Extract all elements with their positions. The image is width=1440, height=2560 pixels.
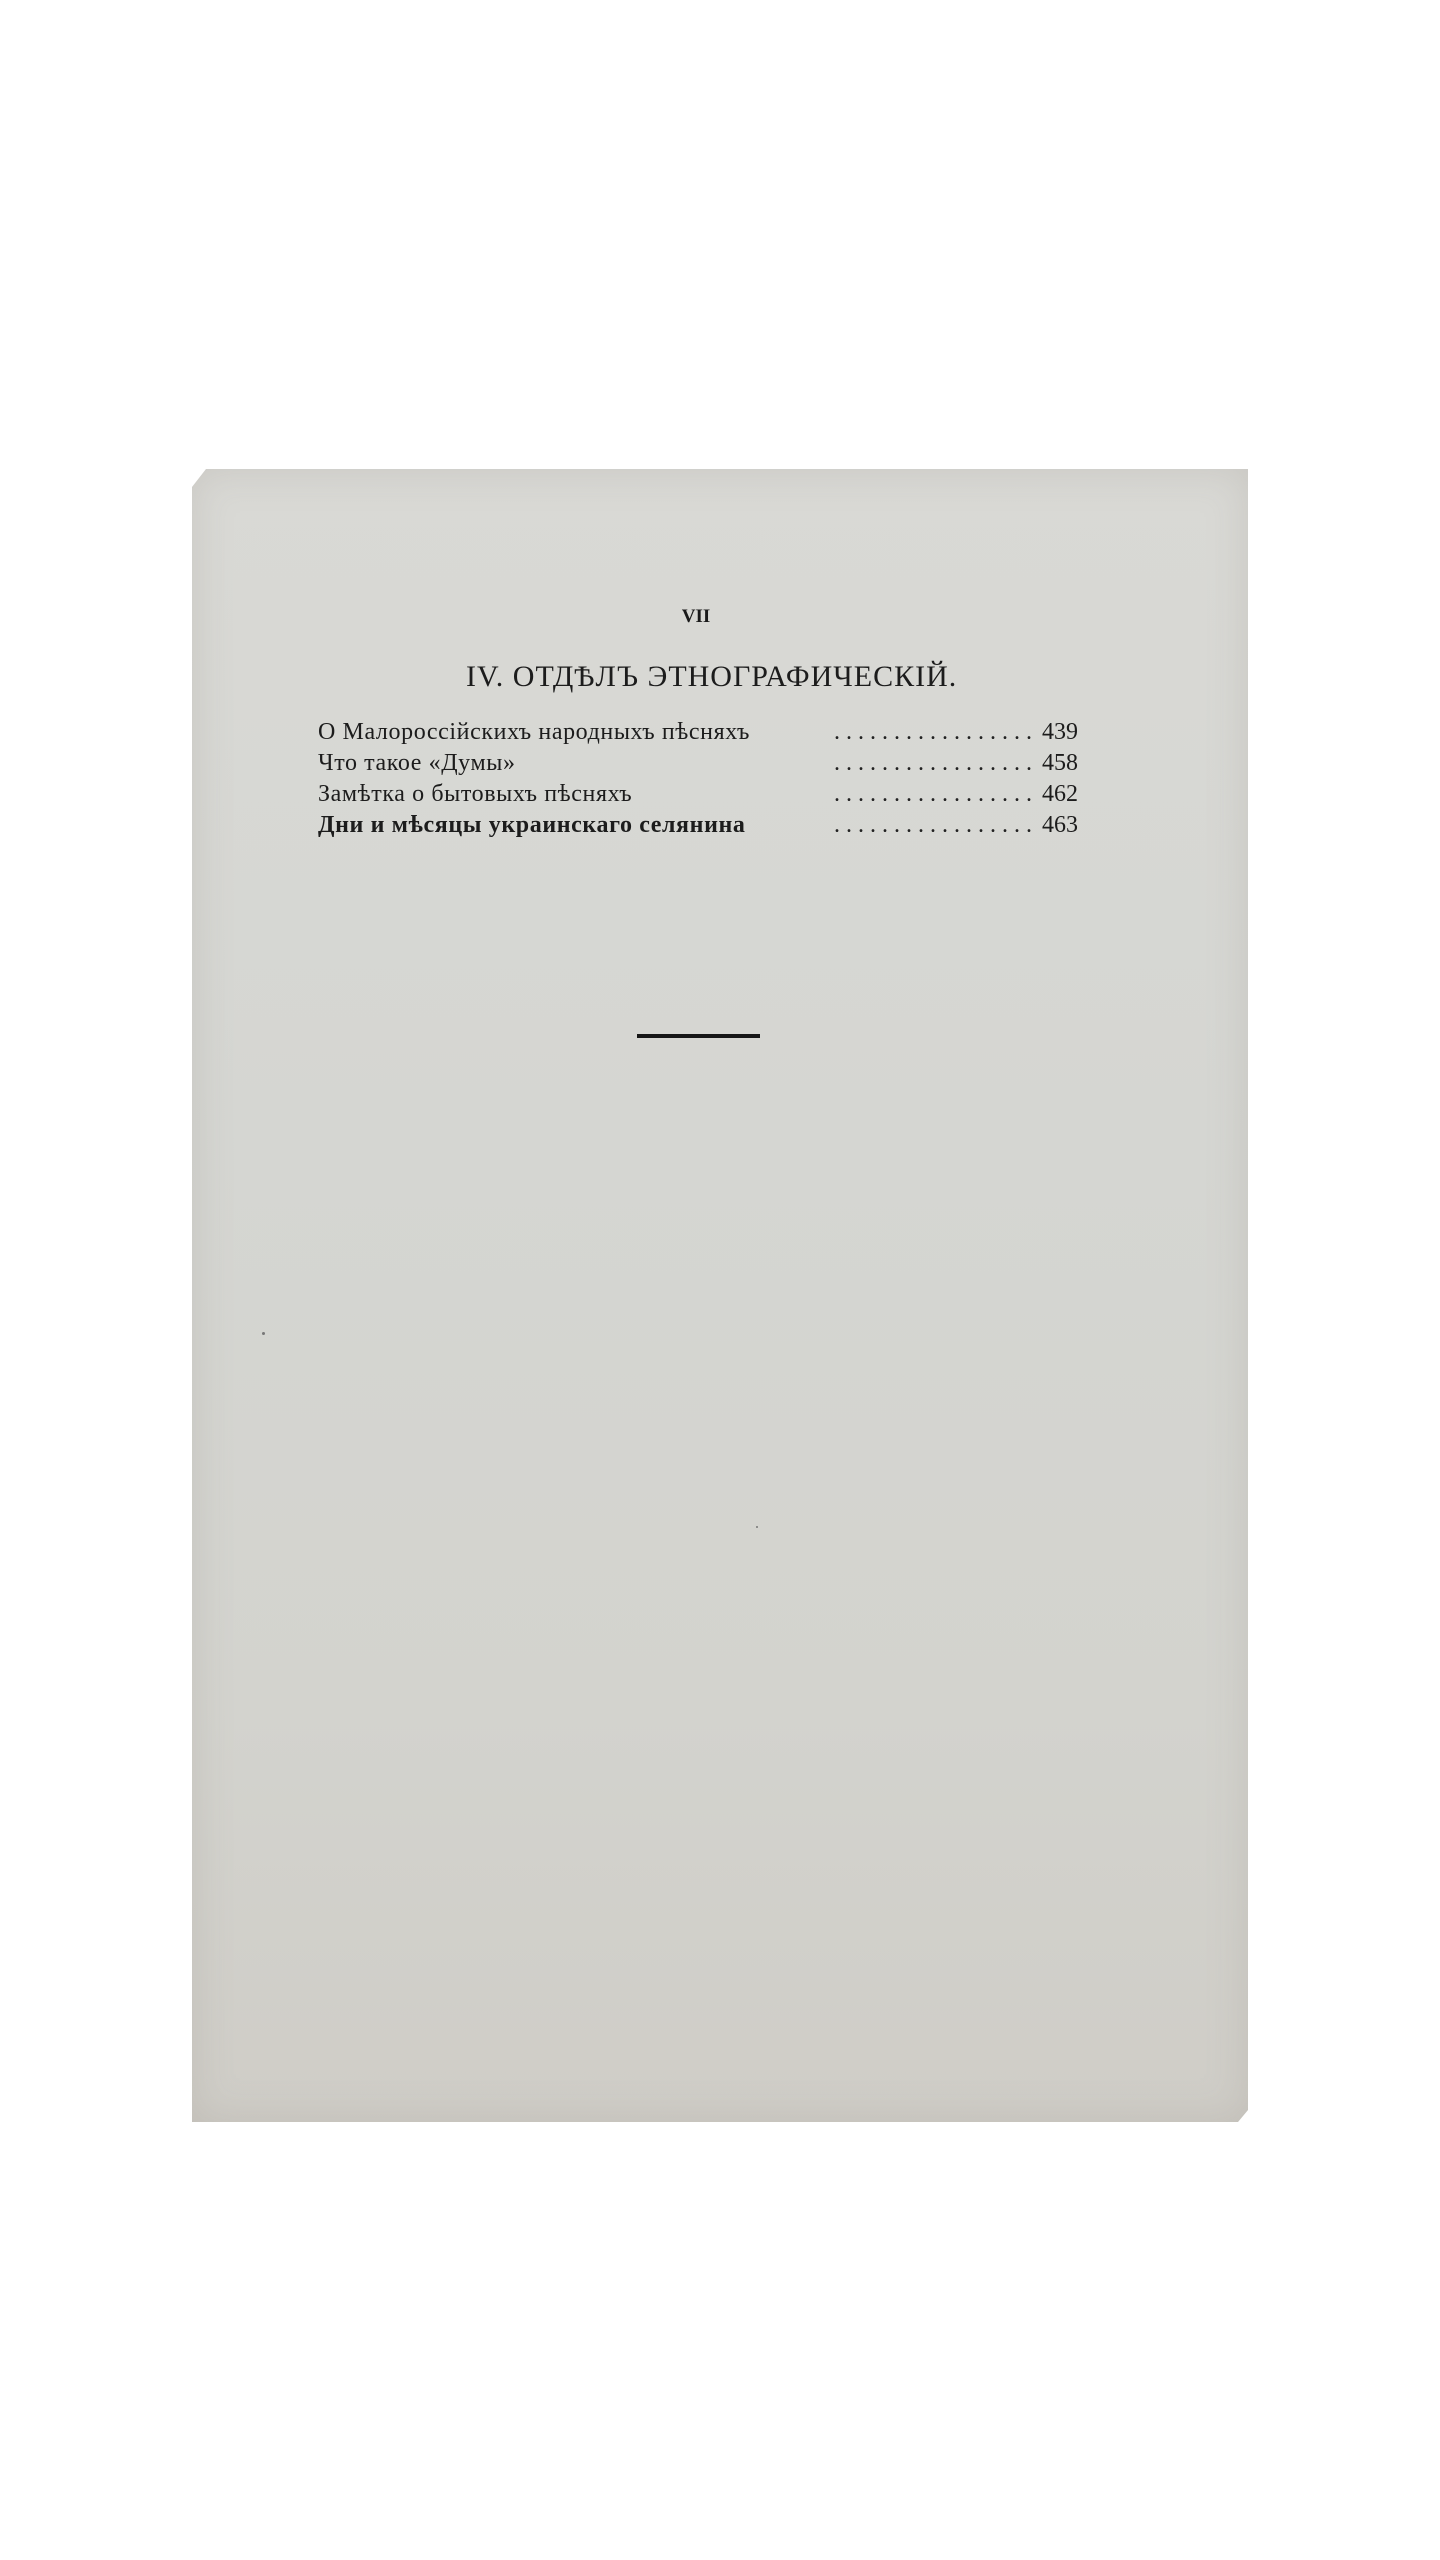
dot-leader: . . . . . . . . . . . . . . . . . [756, 719, 1032, 746]
toc-entry-title: Замѣтка о бытовыхъ пѣсняхъ [318, 781, 632, 808]
toc-entry-title: Дни и мѣсяцы украинскаго селянина [318, 812, 746, 839]
paper-speck [262, 1332, 265, 1335]
toc-entry-page: 463 [1038, 812, 1078, 839]
section-end-rule [637, 1034, 760, 1038]
toc-entry: Замѣтка о бытовыхъ пѣсняхъ . . . . . . .… [318, 781, 1078, 812]
dot-leader: . . . . . . . . . . . . . . . . . [638, 781, 1032, 808]
toc-entry: Что такое «Думы» . . . . . . . . . . . .… [318, 750, 1078, 781]
toc-entry-title: Что такое «Думы» [318, 750, 516, 777]
toc-entry: Дни и мѣсяцы украинскаго селянина . . . … [318, 812, 1078, 843]
toc-entry-page: 439 [1038, 719, 1078, 746]
table-of-contents: О Малороссійскихъ народныхъ пѣсняхъ . . … [318, 719, 1078, 843]
page-number: VII [0, 606, 1404, 628]
paper-speck [756, 1526, 758, 1528]
dot-leader: . . . . . . . . . . . . . . . . . [752, 812, 1032, 839]
toc-entry-title: О Малороссійскихъ народныхъ пѣсняхъ [318, 719, 750, 746]
toc-entry-page: 458 [1038, 750, 1078, 777]
dot-leader: . . . . . . . . . . . . . . . . . [522, 750, 1032, 777]
section-heading: IV. ОТДѢЛЪ ЭТНОГРАФИЧЕСКІЙ. [466, 660, 942, 694]
book-page [192, 469, 1248, 2122]
toc-entry-page: 462 [1038, 781, 1078, 808]
toc-entry: О Малороссійскихъ народныхъ пѣсняхъ . . … [318, 719, 1078, 750]
